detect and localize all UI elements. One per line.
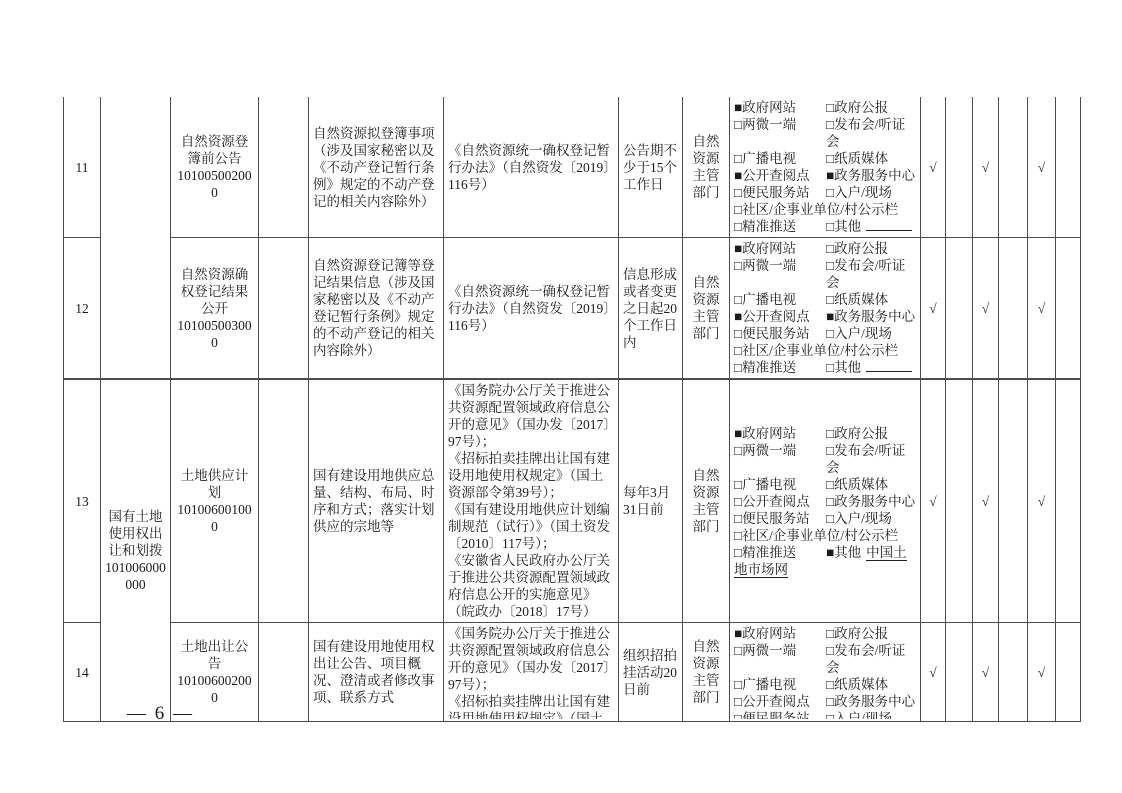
blank-cell <box>259 623 309 722</box>
channel-line: □便民服务站□入户/现场 <box>734 710 916 719</box>
channel-line: □广播电视□纸质媒体 <box>734 291 916 308</box>
channel-option: □社区/企事业单位/村公示栏 <box>734 528 898 543</box>
channel-option-other: □其他 <box>826 219 861 234</box>
channel-option: □纸质媒体 <box>826 150 916 167</box>
channel-line: ■公开查阅点■政务服务中心 <box>734 167 916 184</box>
category-cell: 国有土地使用权出让和划拨 101006000000 <box>101 379 171 722</box>
other-blank-underline <box>866 359 912 372</box>
deadline-cell: 公告期不少于15个工作日 <box>619 97 683 238</box>
channel-option: □发布会/听证会 <box>826 116 916 150</box>
channel-option: □便民服务站 <box>734 710 826 719</box>
channels-cell: ■政府网站□政府公报 □两微一端□发布会/听证会 □广播电视□纸质媒体 □公开查… <box>730 623 921 722</box>
item-name: 自然资源确权登记结果公开 <box>175 266 254 317</box>
basis-cell: 《自然资源统一确权登记暂行办法》（自然资发〔2019〕116号） <box>444 238 619 380</box>
item-name-cell: 自然资源登簿前公告 101005002000 <box>171 97 259 238</box>
check-mark: √ <box>1038 665 1045 680</box>
channel-line: □便民服务站□入户/现场 <box>734 325 916 342</box>
channel-option: □广播电视 <box>734 476 826 493</box>
item-code: 101005002000 <box>175 167 254 201</box>
department-text: 自然资源主管部门 <box>693 639 720 705</box>
check-mark: √ <box>1038 301 1045 316</box>
item-code: 101006002000 <box>175 672 254 706</box>
category-code: 101006000000 <box>105 559 166 593</box>
check-mark: √ <box>929 494 936 509</box>
deadline-text: 信息形成或者变更之日起20个工作日内 <box>623 267 677 350</box>
channel-option: □公开查阅点 <box>734 693 826 710</box>
channel-option: □精准推送 <box>734 359 826 376</box>
serial-cell: 11 <box>64 97 101 238</box>
channel-line: ■政府网站□政府公报 <box>734 425 916 442</box>
basis-item: 《国务院办公厅关于推进公共资源配置领域政府信息公开的意见》（国办发〔2017〕9… <box>448 625 614 693</box>
deadline-text: 公告期不少于15个工作日 <box>623 143 677 192</box>
channel-option: □纸质媒体 <box>826 476 916 493</box>
channel-option: □两微一端 <box>734 642 826 676</box>
channel-option: □发布会/听证会 <box>826 642 916 676</box>
content-text: 自然资源登记簿等登记结果信息（涉及国家秘密以及《不动产登记暂行条例》规定的不动产… <box>313 258 435 358</box>
serial-number: 12 <box>75 301 89 316</box>
channel-option: ■政府网站 <box>734 625 826 642</box>
channel-option: ■公开查阅点 <box>734 308 826 325</box>
check-cell <box>999 623 1028 722</box>
check-cell <box>1056 238 1081 380</box>
content-text: 自然资源拟登簿事项（涉及国家秘密以及《不动产登记暂行条例》规定的不动产登记的相关… <box>313 126 435 209</box>
channel-option: □两微一端 <box>734 116 826 150</box>
category-cell-empty <box>101 97 171 379</box>
deadline-cell: 组织招拍挂活动20日前 <box>619 623 683 722</box>
basis-cell: 《国务院办公厅关于推进公共资源配置领域政府信息公开的意见》（国办发〔2017〕9… <box>444 379 619 623</box>
check-mark: √ <box>929 301 936 316</box>
basis-cell: 《自然资源统一确权登记暂行办法》（自然资发〔2019〕116号） <box>444 97 619 238</box>
deadline-cell: 信息形成或者变更之日起20个工作日内 <box>619 238 683 380</box>
blank-cell <box>259 97 309 238</box>
channel-option: □便民服务站 <box>734 510 826 527</box>
channel-option: □精准推送 <box>734 218 826 235</box>
channel-line: ■政府网站□政府公报 <box>734 240 916 257</box>
channel-option-other: □其他 <box>826 360 861 375</box>
check-cell <box>999 238 1028 380</box>
check-mark: √ <box>1038 160 1045 175</box>
channel-option: □政务服务中心 <box>826 693 916 710</box>
channel-option: □发布会/听证会 <box>826 257 916 291</box>
deadline-cell: 每年3月31日前 <box>619 379 683 623</box>
basis-item: 《国有建设用地供应计划编制规范（试行）》（国土资发〔2010〕117号）； <box>448 501 614 552</box>
channel-option: □政府公报 <box>826 625 916 642</box>
check-cell <box>999 379 1028 623</box>
channel-option: □广播电视 <box>734 150 826 167</box>
check-cell: √ <box>973 238 999 380</box>
check-cell <box>946 97 973 238</box>
item-name: 自然资源登簿前公告 <box>175 133 254 167</box>
check-cell <box>1056 623 1081 722</box>
channel-option: □入户/现场 <box>826 710 916 719</box>
basis-item: 《安徽省人民政府办公厅关于推进公共资源配置领域政府信息公开的实施意见》（皖政办〔… <box>448 552 614 620</box>
check-cell: √ <box>921 238 946 380</box>
table-row: 12 自然资源确权登记结果公开 101005003000 自然资源登记簿等登记结… <box>64 238 1081 380</box>
channel-option: □入户/现场 <box>826 325 916 342</box>
blank-cell <box>259 238 309 380</box>
serial-number: 11 <box>76 160 89 175</box>
channel-line: □两微一端□发布会/听证会 <box>734 442 916 476</box>
department-text: 自然资源主管部门 <box>693 468 720 534</box>
channel-option: □社区/企事业单位/村公示栏 <box>734 202 898 217</box>
channel-option: ■政务服务中心 <box>826 167 916 184</box>
category-name: 国有土地使用权出让和划拨 <box>105 508 166 559</box>
channel-option: □公开查阅点 <box>734 493 826 510</box>
department-cell: 自然资源主管部门 <box>683 623 730 722</box>
basis-item: 《招标拍卖挂牌出让国有建设用地使用权规定》（国土资 <box>448 693 614 719</box>
check-cell: √ <box>1028 379 1056 623</box>
channel-line: □公开查阅点□政务服务中心 <box>734 493 916 510</box>
check-cell: √ <box>973 379 999 623</box>
channel-option: ■政府网站 <box>734 240 826 257</box>
other-blank-underline <box>866 218 912 231</box>
disclosure-catalog-table: 11 自然资源登簿前公告 101005002000 自然资源拟登簿事项（涉及国家… <box>63 97 1081 722</box>
item-name-cell: 土地供应计划 101006001000 <box>171 379 259 623</box>
channel-option: □纸质媒体 <box>826 291 916 308</box>
item-code: 101006001000 <box>175 501 254 535</box>
channel-line: □广播电视□纸质媒体 <box>734 150 916 167</box>
page-number: — 6 — <box>127 703 194 725</box>
channel-option: ■政务服务中心 <box>826 308 916 325</box>
channel-option: □精准推送 <box>734 544 826 561</box>
check-mark: √ <box>929 665 936 680</box>
channel-option: □纸质媒体 <box>826 676 916 693</box>
check-cell: √ <box>1028 623 1056 722</box>
channel-option: ■政府网站 <box>734 425 826 442</box>
check-mark: √ <box>982 494 989 509</box>
check-cell: √ <box>1028 238 1056 380</box>
channel-option: □社区/企事业单位/村公示栏 <box>734 343 898 358</box>
deadline-text: 每年3月31日前 <box>623 485 670 517</box>
content-cell: 自然资源拟登簿事项（涉及国家秘密以及《不动产登记暂行条例》规定的不动产登记的相关… <box>309 97 444 238</box>
channel-option: ■公开查阅点 <box>734 167 826 184</box>
channel-line: □广播电视□纸质媒体 <box>734 476 916 493</box>
channel-option: □政府公报 <box>826 240 916 257</box>
basis-item: 《自然资源统一确权登记暂行办法》（自然资发〔2019〕116号） <box>448 283 614 334</box>
check-cell: √ <box>1028 97 1056 238</box>
channel-option: □广播电视 <box>734 291 826 308</box>
content-text: 国有建设用地供应总量、结构、布局、时序和方式；落实计划供应的宗地等 <box>313 468 435 534</box>
channel-line: □精准推送■其他中国土地市场网 <box>734 544 916 578</box>
content-text: 国有建设用地使用权出让公告、项目概况、澄清或者修改事项、联系方式 <box>313 639 435 705</box>
check-mark: √ <box>929 160 936 175</box>
table-row: 14 土地出让公告 101006002000 国有建设用地使用权出让公告、项目概… <box>64 623 1081 722</box>
channel-option: □广播电视 <box>734 676 826 693</box>
item-name: 土地出让公告 <box>175 638 254 672</box>
check-cell <box>1056 379 1081 623</box>
basis-item: 《自然资源统一确权登记暂行办法》（自然资发〔2019〕116号） <box>448 142 614 193</box>
item-code: 101005003000 <box>175 317 254 351</box>
check-cell <box>1056 97 1081 238</box>
channel-line: □社区/企事业单位/村公示栏 <box>734 201 916 218</box>
channel-line: □便民服务站□入户/现场 <box>734 510 916 527</box>
check-cell: √ <box>921 379 946 623</box>
channel-option: □两微一端 <box>734 257 826 291</box>
item-name-cell: 自然资源确权登记结果公开 101005003000 <box>171 238 259 380</box>
serial-cell: 13 <box>64 379 101 623</box>
basis-item: 《国务院办公厅关于推进公共资源配置领域政府信息公开的意见》（国办发〔2017〕9… <box>448 382 614 450</box>
channel-option: ■政府网站 <box>734 99 826 116</box>
channel-option: □入户/现场 <box>826 184 916 201</box>
serial-number: 13 <box>75 494 89 509</box>
document-page: 11 自然资源登簿前公告 101005002000 自然资源拟登簿事项（涉及国家… <box>0 0 1122 793</box>
check-cell <box>946 623 973 722</box>
check-cell: √ <box>921 623 946 722</box>
channel-option-other: ■其他 <box>826 545 861 560</box>
channel-option: □便民服务站 <box>734 184 826 201</box>
channel-line: □精准推送□其他 <box>734 218 916 235</box>
department-text: 自然资源主管部门 <box>693 134 720 200</box>
basis-item: 《招标拍卖挂牌出让国有建设用地使用权规定》（国土资源部令第39号）； <box>448 450 614 501</box>
channel-option: □发布会/听证会 <box>826 442 916 476</box>
blank-cell <box>259 379 309 623</box>
check-mark: √ <box>982 301 989 316</box>
check-cell <box>946 238 973 380</box>
channel-line: □公开查阅点□政务服务中心 <box>734 693 916 710</box>
channel-option: □政府公报 <box>826 99 916 116</box>
serial-cell: 14 <box>64 623 101 722</box>
channel-option: □两微一端 <box>734 442 826 476</box>
department-cell: 自然资源主管部门 <box>683 238 730 380</box>
department-text: 自然资源主管部门 <box>693 275 720 341</box>
channels-cell: ■政府网站□政府公报 □两微一端□发布会/听证会 □广播电视□纸质媒体 □公开查… <box>730 379 921 623</box>
table-row: 13 国有土地使用权出让和划拨 101006000000 土地供应计划 1010… <box>64 379 1081 623</box>
check-cell <box>999 97 1028 238</box>
channel-line: □便民服务站□入户/现场 <box>734 184 916 201</box>
channel-line: □两微一端□发布会/听证会 <box>734 116 916 150</box>
channel-line: ■公开查阅点■政务服务中心 <box>734 308 916 325</box>
content-cell: 国有建设用地供应总量、结构、布局、时序和方式；落实计划供应的宗地等 <box>309 379 444 623</box>
channel-option: □便民服务站 <box>734 325 826 342</box>
department-cell: 自然资源主管部门 <box>683 379 730 623</box>
channel-line: ■政府网站□政府公报 <box>734 625 916 642</box>
channel-line: □广播电视□纸质媒体 <box>734 676 916 693</box>
check-mark: √ <box>1038 494 1045 509</box>
check-cell: √ <box>973 623 999 722</box>
channel-option: □政府公报 <box>826 425 916 442</box>
channel-line: □社区/企事业单位/村公示栏 <box>734 342 916 359</box>
deadline-text: 组织招拍挂活动20日前 <box>623 648 677 697</box>
channel-line: □两微一端□发布会/听证会 <box>734 642 916 676</box>
check-cell: √ <box>973 97 999 238</box>
department-cell: 自然资源主管部门 <box>683 97 730 238</box>
table-row: 11 自然资源登簿前公告 101005002000 自然资源拟登簿事项（涉及国家… <box>64 97 1081 238</box>
check-cell <box>946 379 973 623</box>
serial-number: 14 <box>75 665 89 680</box>
channel-line: ■政府网站□政府公报 <box>734 99 916 116</box>
channel-line: □社区/企事业单位/村公示栏 <box>734 527 916 544</box>
check-mark: √ <box>982 665 989 680</box>
check-mark: √ <box>982 160 989 175</box>
channels-cell: ■政府网站□政府公报 □两微一端□发布会/听证会 □广播电视□纸质媒体 ■公开查… <box>730 97 921 238</box>
serial-cell: 12 <box>64 238 101 380</box>
item-name: 土地供应计划 <box>175 467 254 501</box>
channels-cell: ■政府网站□政府公报 □两微一端□发布会/听证会 □广播电视□纸质媒体 ■公开查… <box>730 238 921 380</box>
channel-line: □精准推送□其他 <box>734 359 916 376</box>
content-cell: 国有建设用地使用权出让公告、项目概况、澄清或者修改事项、联系方式 <box>309 623 444 722</box>
content-cell: 自然资源登记簿等登记结果信息（涉及国家秘密以及《不动产登记暂行条例》规定的不动产… <box>309 238 444 380</box>
basis-cell: 《国务院办公厅关于推进公共资源配置领域政府信息公开的意见》（国办发〔2017〕9… <box>444 623 619 722</box>
channel-line: □两微一端□发布会/听证会 <box>734 257 916 291</box>
channel-option: □政务服务中心 <box>826 493 916 510</box>
channel-option: □入户/现场 <box>826 510 916 527</box>
check-cell: √ <box>921 97 946 238</box>
